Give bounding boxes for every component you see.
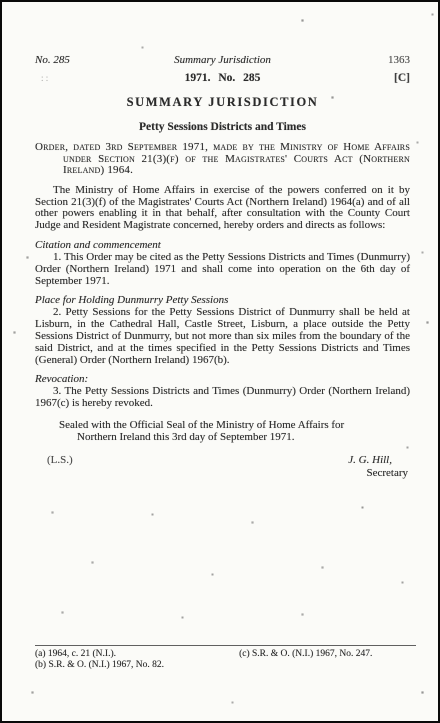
citation-paragraph: 1. This Order may be cited as the Petty …: [35, 252, 410, 287]
revocation-paragraph: 3. The Petty Sessions Districts and Time…: [35, 386, 410, 410]
citation-heading: Citation and commencement: [35, 239, 410, 251]
signature-title: Secretary: [366, 467, 410, 479]
scan-noise: [2, 2, 3, 3]
running-header-order-number: No. 285: [35, 54, 70, 66]
running-header-title: Summary Jurisdiction: [174, 54, 271, 66]
signature-block: J. G. Hill, Secretary: [348, 454, 410, 480]
footnote-rule: [35, 645, 416, 646]
footnotes-right-column: (c) S.R. & O. (N.I.) 1967, No. 247.: [233, 649, 416, 670]
signature-row: (L.S.) J. G. Hill, Secretary: [35, 454, 410, 480]
place-paragraph: 2. Petty Sessions for the Petty Sessions…: [35, 307, 410, 366]
seal-mark: (L.S.): [35, 454, 73, 466]
sealed-clause: Sealed with the Official Seal of the Min…: [35, 420, 410, 444]
page-number: 1363: [388, 54, 410, 66]
scan-stray-mark: : :: [35, 73, 48, 83]
main-heading: SUMMARY JURISDICTION: [35, 95, 410, 110]
order-number-heading: 1971. No. 285: [185, 72, 261, 84]
footnote-a: (a) 1964, c. 21 (N.I.).: [35, 649, 233, 660]
scanned-document-page: { "page": { "running_header": { "left": …: [0, 0, 440, 723]
footnote-area: (a) 1964, c. 21 (N.I.). (b) S.R. & O. (N…: [35, 645, 416, 670]
order-title-line: : : 1971. No. 285 [C]: [35, 72, 410, 84]
document-page: No. 285 Summary Jurisdiction 1363 : : 19…: [2, 2, 438, 721]
document-subtitle: Petty Sessions Districts and Times: [35, 121, 410, 133]
footnote-c: (c) S.R. & O. (N.I.) 1967, No. 247.: [233, 649, 416, 660]
order-caption: Order, dated 3rd September 1971, made by…: [35, 142, 410, 177]
place-heading: Place for Holding Dunmurry Petty Session…: [35, 294, 410, 306]
revocation-heading: Revocation:: [35, 373, 410, 385]
footnote-b: (b) S.R. & O. (N.I.) 1967, No. 82.: [35, 660, 233, 671]
running-header: No. 285 Summary Jurisdiction 1363: [35, 54, 410, 66]
classification-mark: [C]: [394, 72, 410, 84]
preamble-paragraph: The Ministry of Home Affairs in exercise…: [35, 185, 410, 232]
signature-name: J. G. Hill,: [348, 454, 410, 466]
footnotes: (a) 1964, c. 21 (N.I.). (b) S.R. & O. (N…: [35, 649, 416, 670]
footnotes-left-column: (a) 1964, c. 21 (N.I.). (b) S.R. & O. (N…: [35, 649, 233, 670]
